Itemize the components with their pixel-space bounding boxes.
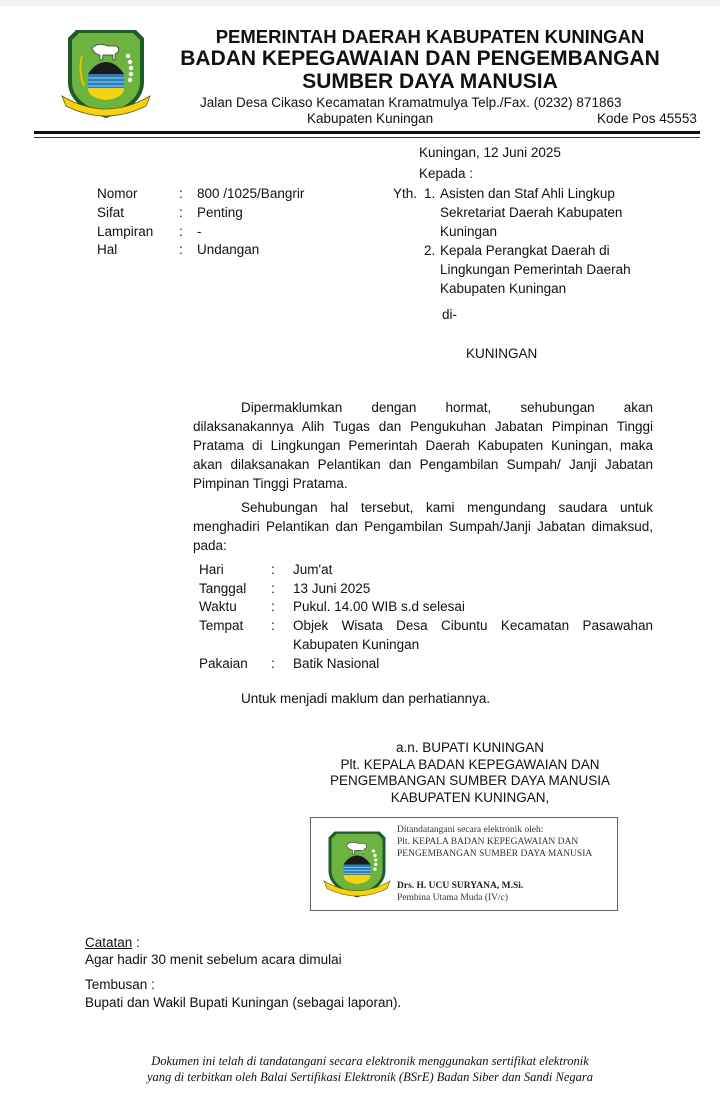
detail-tanggal: Tanggal:13 Juni 2025 [199,581,370,596]
recipient-1-line1: Asisten dan Staf Ahli Lingkup [440,186,615,201]
recipient-yth: Yth. [393,186,417,201]
esign-position-2: PENGEMBANGAN SUMBER DAYA MANUSIA [397,849,592,859]
esign-caption: Ditandatangani secara elektronik oleh: [397,825,543,835]
recipient-2-line2: Lingkungan Pemerintah Daerah [440,262,631,277]
note-tembusan: Tembusan : [85,977,155,992]
detail-pakaian: Pakaian:Batik Nasional [199,656,379,671]
page-top-edge [0,0,720,6]
detail-hari: Hari:Jum'at [199,562,332,577]
footer-disclaimer: Dokumen ini telah di tandatangani secara… [60,1053,680,1085]
esign-name: Drs. H. UCU SURYANA, M.Si. [397,881,523,891]
meta-hal: Hal:Undangan [97,242,259,257]
recipient-1-line2: Sekretariat Daerah Kabupaten [440,205,622,220]
emblem-icon [58,22,154,122]
signature-title: a.n. BUPATI KUNINGAN Plt. KEPALA BADAN K… [300,740,640,806]
letterhead-postal: Kode Pos 45553 [597,111,697,126]
recipient-1-num: 1. [424,186,435,201]
recipient-2-num: 2. [424,243,435,258]
meta-lampiran: Lampiran:- [97,224,202,239]
recipient-city: KUNINGAN [466,346,537,361]
detail-tempat-cont: Kabupaten Kuningan [293,637,419,652]
body-paragraph-2: Sehubungan hal tersebut, kami mengundang… [193,498,653,555]
recipient-2-line1: Kepala Perangkat Daerah di [440,243,610,258]
note-catatan: Catatan : [85,935,140,950]
recipient-1-line3: Kuningan [440,224,497,239]
note-catatan-text: Agar hadir 30 menit sebelum acara dimula… [85,952,342,967]
letterhead-agency-cont: SUMBER DAYA MANUSIA [160,70,700,94]
electronic-signature-box: Ditandatangani secara elektronik oleh: P… [310,817,618,911]
letterhead-city: Kabupaten Kuningan [307,111,433,126]
emblem-icon [321,822,393,904]
recipient-kepada: Kepada : [419,166,473,181]
esign-rank: Pembina Utama Muda (IV/c) [397,893,508,903]
meta-sifat: Sifat:Penting [97,205,243,220]
meta-nomor: Nomor:800 /1025/Bangrir [97,186,304,201]
letterhead-agency: BADAN KEPEGAWAIAN DAN PENGEMBANGAN [140,47,700,71]
letterhead-rule-thick [34,131,700,134]
esign-position-1: Plt. KEPALA BADAN KEPEGAWAIAN DAN [397,837,578,847]
note-tembusan-text: Bupati dan Wakil Bupati Kuningan (sebaga… [85,995,401,1010]
letterhead-government: PEMERINTAH DAERAH KABUPATEN KUNINGAN [160,26,700,48]
closing-sentence: Untuk menjadi maklum dan perhatiannya. [241,691,490,706]
letterhead-address: Jalan Desa Cikaso Kecamatan Kramatmulya … [200,95,621,110]
recipient-di: di- [442,307,457,322]
letterhead-rule-thin [34,137,700,138]
detail-tempat: Tempat:Objek Wisata Desa Cibuntu Kecamat… [199,618,653,633]
place-date: Kuningan, 12 Juni 2025 [419,145,561,160]
body-paragraph-1: Dipermaklumkan dengan hormat, sehubungan… [193,398,653,493]
recipient-2-line3: Kabupaten Kuningan [440,281,566,296]
detail-waktu: Waktu:Pukul. 14.00 WIB s.d selesai [199,599,465,614]
